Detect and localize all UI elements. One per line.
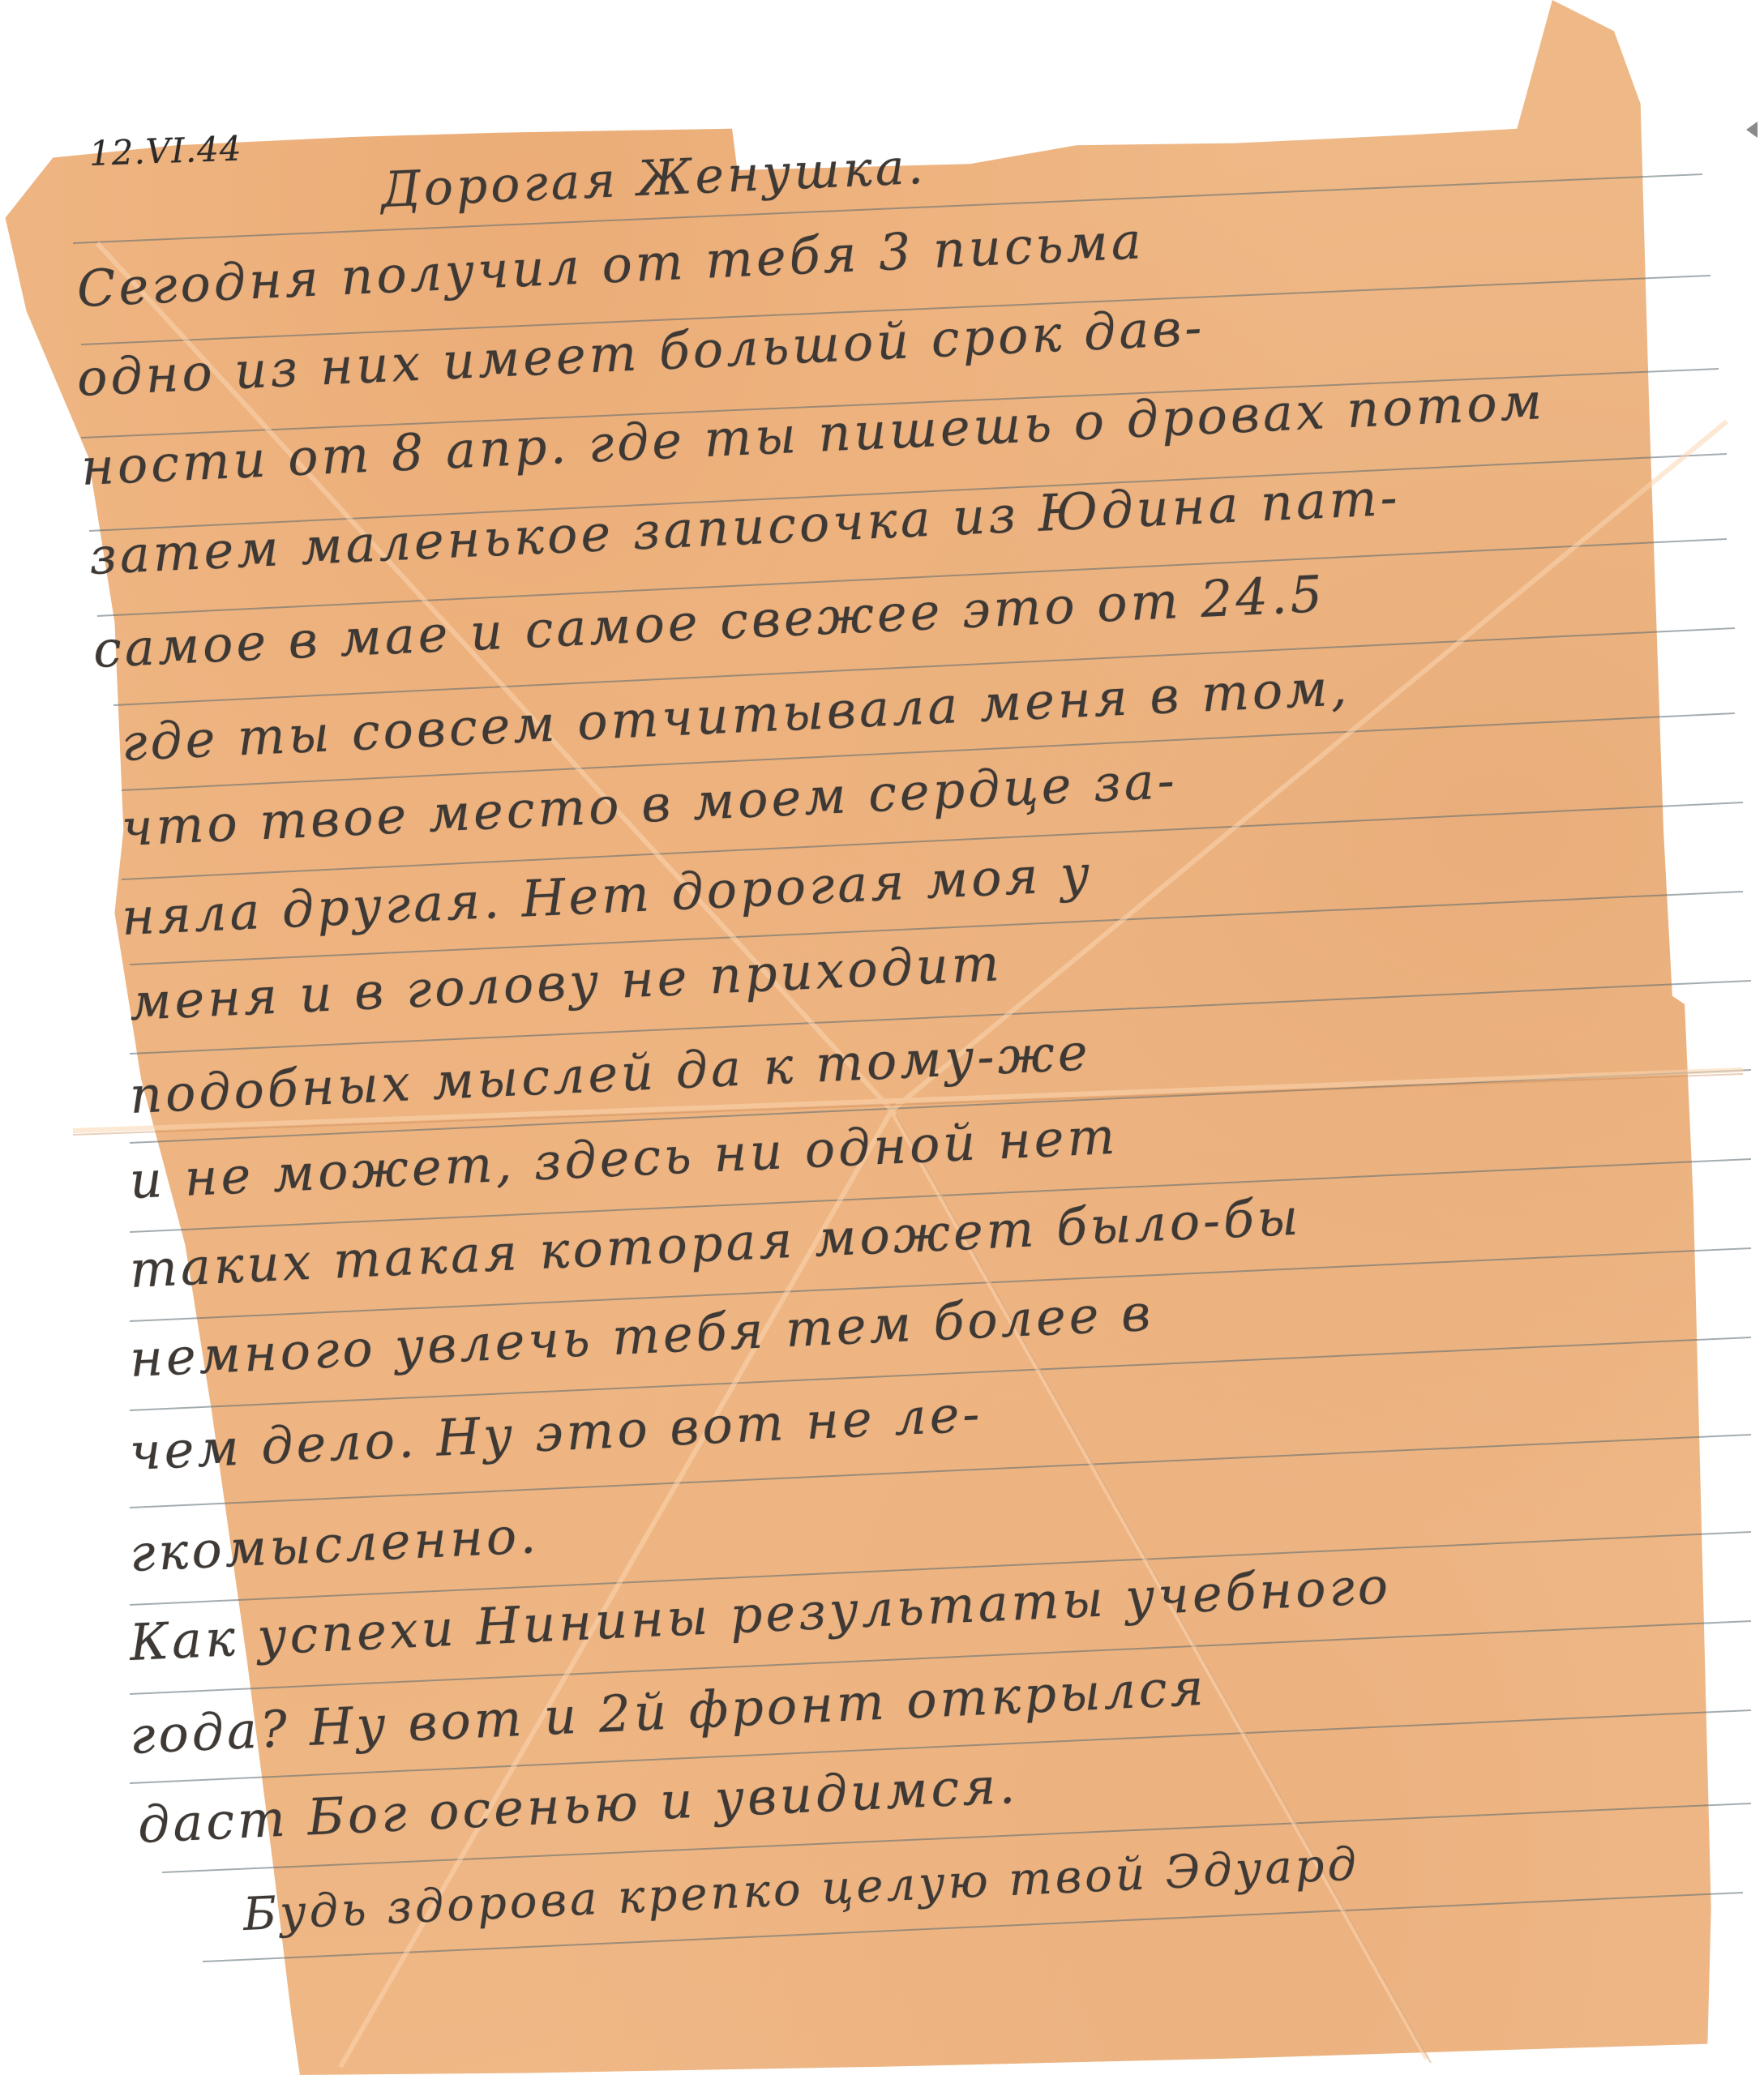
scan-edge-marker (1746, 122, 1758, 138)
letter-date: 12.VI.44 (88, 128, 242, 173)
